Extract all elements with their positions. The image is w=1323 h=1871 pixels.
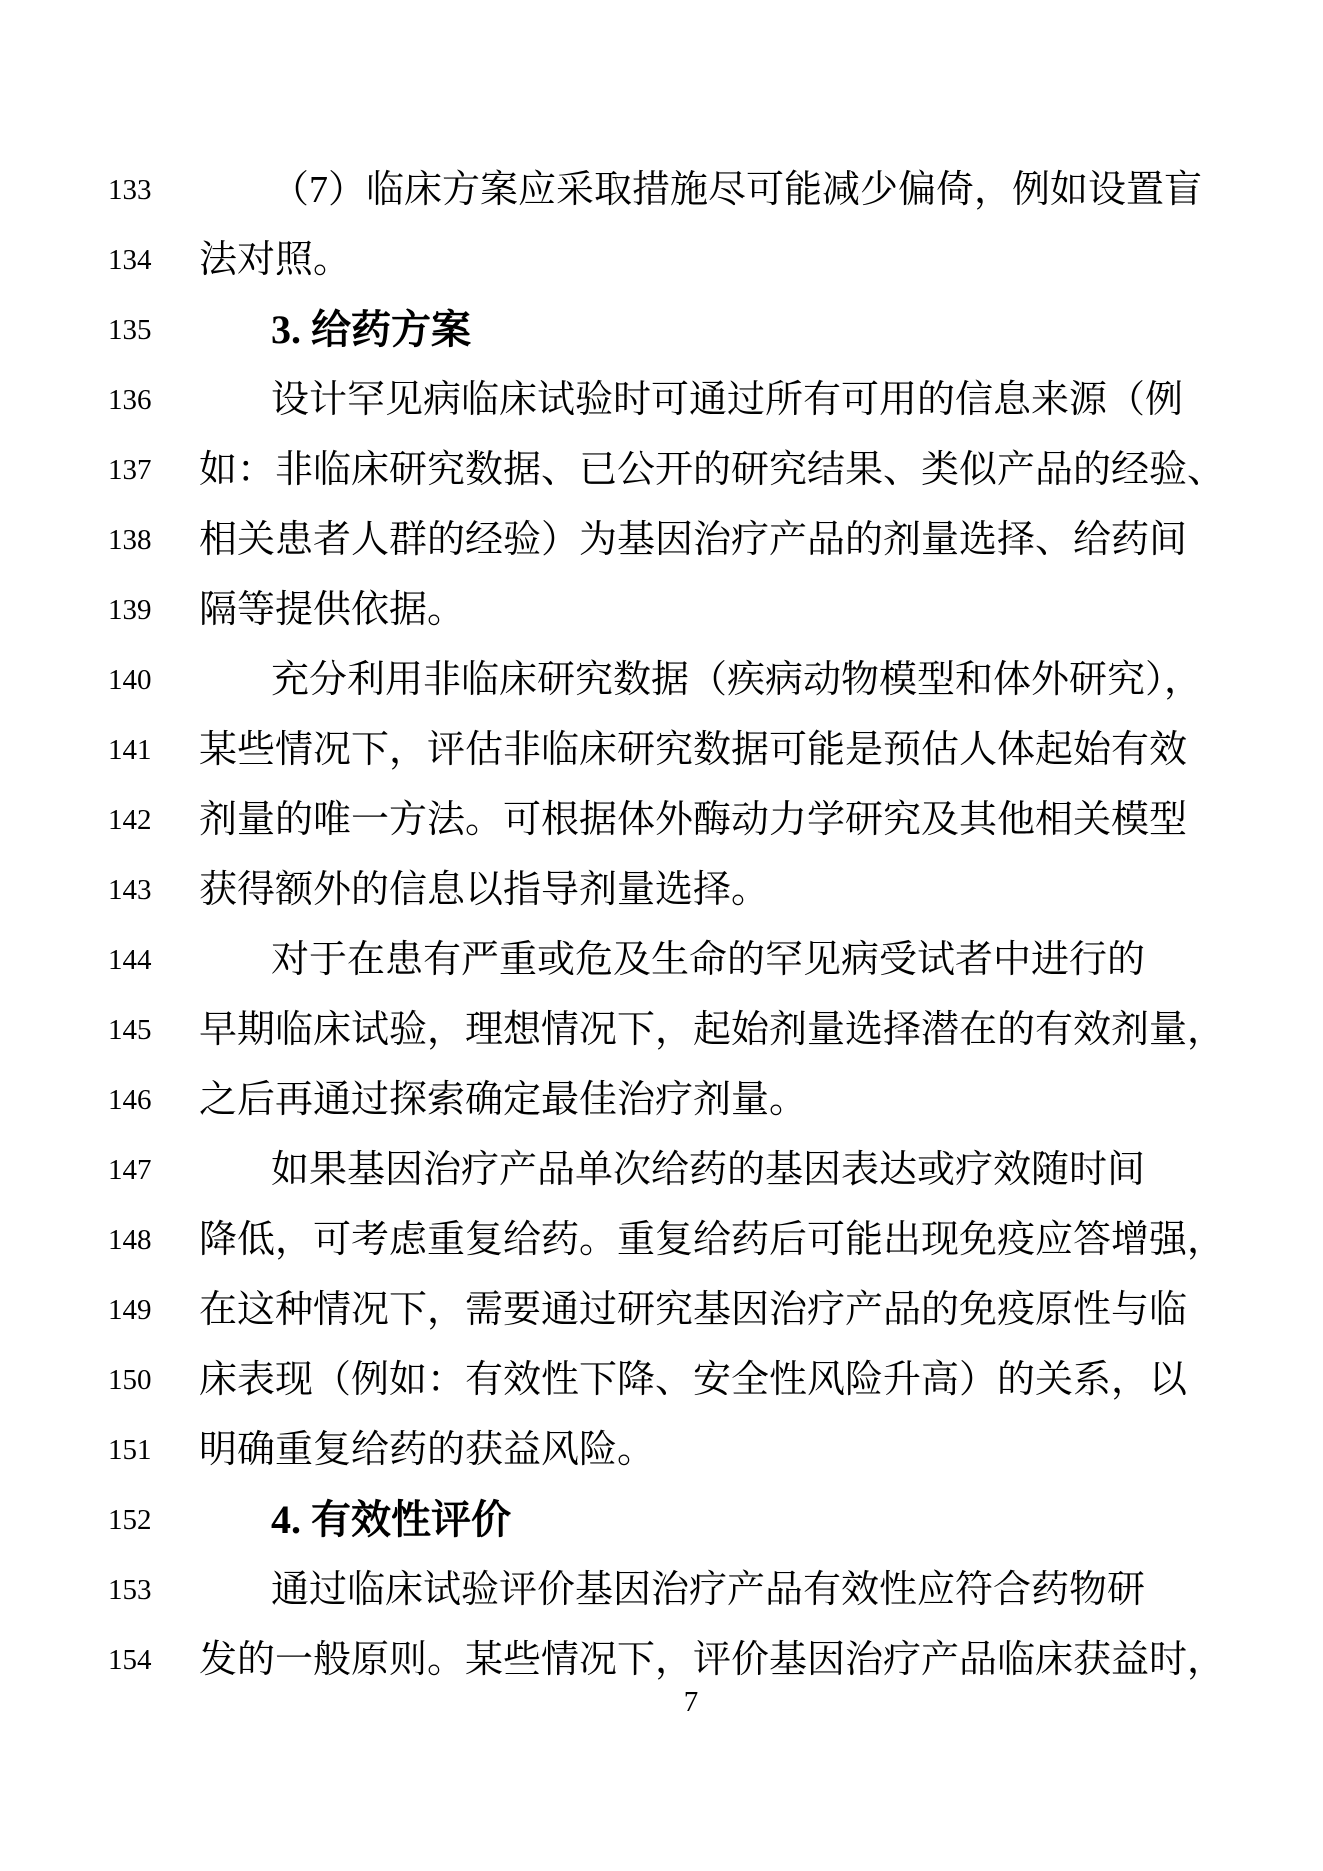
line-text: 床表现（例如：有效性下降、安全性风险升高）的关系，以 — [199, 1361, 1187, 1399]
document-line: 145 早期临床试验，理想情况下，起始剂量选择潜在的有效剂量， — [0, 995, 1323, 1065]
line-text: （7）临床方案应采取措施尽可能减少偏倚，例如设置盲 — [199, 171, 1202, 209]
document-line: 151 明确重复给药的获益风险。 — [0, 1415, 1323, 1485]
line-number: 135 — [108, 316, 159, 345]
line-text: 剂量的唯一方法。可根据体外酶动力学研究及其他相关模型 — [199, 801, 1187, 839]
line-number: 153 — [108, 1576, 159, 1605]
line-number: 141 — [108, 736, 159, 765]
document-line: 146 之后再通过探索确定最佳治疗剂量。 — [0, 1065, 1323, 1135]
line-text: 之后再通过探索确定最佳治疗剂量。 — [199, 1081, 807, 1119]
line-text: 如果基因治疗产品单次给药的基因表达或疗效随时间 — [199, 1151, 1145, 1189]
line-number: 149 — [108, 1296, 159, 1325]
line-number: 147 — [108, 1156, 159, 1185]
line-number: 143 — [108, 876, 159, 905]
line-text: 法对照。 — [199, 241, 351, 279]
document-line: 135 3. 给药方案 — [0, 295, 1323, 365]
document-line: 143 获得额外的信息以指导剂量选择。 — [0, 855, 1323, 925]
line-number: 145 — [108, 1016, 159, 1045]
document-line: 141 某些情况下，评估非临床研究数据可能是预估人体起始有效 — [0, 715, 1323, 785]
line-text: 3. 给药方案 — [199, 310, 471, 350]
line-text: 相关患者人群的经验）为基因治疗产品的剂量选择、给药间 — [199, 521, 1187, 559]
document-body: 133 （7）临床方案应采取措施尽可能减少偏倚，例如设置盲 134 法对照。 1… — [0, 155, 1323, 1695]
document-page: 133 （7）临床方案应采取措施尽可能减少偏倚，例如设置盲 134 法对照。 1… — [0, 0, 1323, 1871]
document-line: 139 隔等提供依据。 — [0, 575, 1323, 645]
document-line: 134 法对照。 — [0, 225, 1323, 295]
document-line: 148 降低，可考虑重复给药。重复给药后可能出现免疫应答增强， — [0, 1205, 1323, 1275]
document-line: 142 剂量的唯一方法。可根据体外酶动力学研究及其他相关模型 — [0, 785, 1323, 855]
document-line: 140 充分利用非临床研究数据（疾病动物模型和体外研究）， — [0, 645, 1323, 715]
line-number: 150 — [108, 1366, 159, 1395]
document-line: 137 如：非临床研究数据、已公开的研究结果、类似产品的经验、 — [0, 435, 1323, 505]
line-number: 138 — [108, 526, 159, 555]
line-text: 设计罕见病临床试验时可通过所有可用的信息来源（例 — [199, 381, 1183, 419]
line-number: 136 — [108, 386, 159, 415]
line-text: 在这种情况下，需要通过研究基因治疗产品的免疫原性与临 — [199, 1291, 1187, 1329]
line-text: 4. 有效性评价 — [199, 1500, 511, 1540]
line-text: 对于在患有严重或危及生命的罕见病受试者中进行的 — [199, 941, 1145, 979]
document-line: 149 在这种情况下，需要通过研究基因治疗产品的免疫原性与临 — [0, 1275, 1323, 1345]
line-number: 152 — [108, 1506, 159, 1535]
line-number: 142 — [108, 806, 159, 835]
line-text: 获得额外的信息以指导剂量选择。 — [199, 871, 769, 909]
line-number: 154 — [108, 1646, 159, 1675]
line-text: 明确重复给药的获益风险。 — [199, 1431, 655, 1469]
line-number: 146 — [108, 1086, 159, 1115]
document-line: 153 通过临床试验评价基因治疗产品有效性应符合药物研 — [0, 1555, 1323, 1625]
line-text: 某些情况下，评估非临床研究数据可能是预估人体起始有效 — [199, 731, 1187, 769]
document-line: 133 （7）临床方案应采取措施尽可能减少偏倚，例如设置盲 — [0, 155, 1323, 225]
line-text: 如：非临床研究数据、已公开的研究结果、类似产品的经验、 — [199, 451, 1225, 489]
document-line: 138 相关患者人群的经验）为基因治疗产品的剂量选择、给药间 — [0, 505, 1323, 575]
line-text: 早期临床试验，理想情况下，起始剂量选择潜在的有效剂量， — [199, 1011, 1225, 1049]
page-number: 7 — [199, 1672, 1183, 1732]
line-number: 144 — [108, 946, 159, 975]
line-number: 148 — [108, 1226, 159, 1255]
document-line: 136 设计罕见病临床试验时可通过所有可用的信息来源（例 — [0, 365, 1323, 435]
line-text: 降低，可考虑重复给药。重复给药后可能出现免疫应答增强， — [199, 1221, 1225, 1259]
line-number: 140 — [108, 666, 159, 695]
document-line: 150 床表现（例如：有效性下降、安全性风险升高）的关系，以 — [0, 1345, 1323, 1415]
document-line: 144 对于在患有严重或危及生命的罕见病受试者中进行的 — [0, 925, 1323, 995]
line-number: 133 — [108, 176, 159, 205]
line-text: 充分利用非临床研究数据（疾病动物模型和体外研究）， — [199, 661, 1202, 699]
line-number: 139 — [108, 596, 159, 625]
document-line: 152 4. 有效性评价 — [0, 1485, 1323, 1555]
document-line: 147 如果基因治疗产品单次给药的基因表达或疗效随时间 — [0, 1135, 1323, 1205]
line-number: 137 — [108, 456, 159, 485]
line-text: 通过临床试验评价基因治疗产品有效性应符合药物研 — [199, 1571, 1145, 1609]
line-number: 134 — [108, 246, 159, 275]
line-number: 151 — [108, 1436, 159, 1465]
line-text: 隔等提供依据。 — [199, 591, 465, 629]
